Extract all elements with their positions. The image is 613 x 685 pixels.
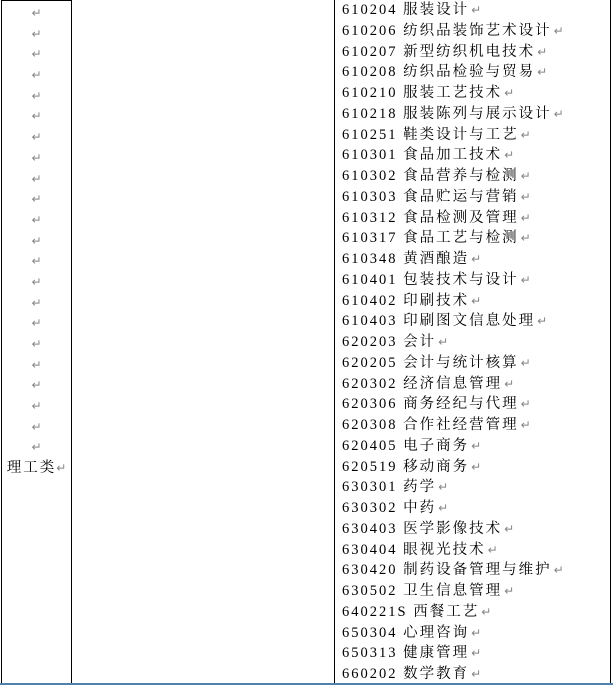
major-row[interactable]: 630502 卫生信息管理↵ [335, 581, 610, 602]
empty-paragraph[interactable]: ↵ [2, 44, 71, 65]
major-text: 610317 食品工艺与检测 [342, 230, 519, 246]
empty-paragraph[interactable]: ↵ [2, 169, 71, 190]
major-row[interactable]: 620205 会计与统计核算↵ [335, 353, 610, 374]
line-break-mark-icon: ↵ [31, 172, 41, 186]
major-text: 650304 心理咨询 [342, 625, 469, 641]
line-break-mark-icon: ↵ [537, 314, 547, 328]
major-text: 630502 卫生信息管理 [342, 583, 502, 599]
empty-paragraph[interactable]: ↵ [2, 334, 71, 355]
major-row[interactable]: 610206 纺织品装饰艺术设计↵ [335, 21, 610, 42]
major-row[interactable]: 630420 制药设备管理与维护↵ [335, 560, 610, 581]
line-break-mark-icon: ↵ [438, 335, 448, 349]
empty-paragraph[interactable]: ↵ [2, 106, 71, 127]
majors-cell[interactable]: 610204 服装设计↵610206 纺织品装饰艺术设计↵610207 新型纺织… [335, 0, 611, 685]
major-row[interactable]: 610303 食品贮运与营销↵ [335, 187, 610, 208]
line-break-mark-icon: ↵ [471, 626, 481, 640]
line-break-mark-icon: ↵ [31, 68, 41, 82]
empty-paragraph[interactable]: ↵ [2, 355, 71, 376]
major-text: 630301 药学 [342, 479, 436, 495]
line-break-mark-icon: ↵ [31, 275, 41, 289]
line-break-mark-icon: ↵ [438, 501, 448, 515]
line-break-mark-icon: ↵ [554, 107, 564, 121]
line-break-mark-icon: ↵ [31, 399, 41, 413]
major-text: 610312 食品检测及管理 [342, 210, 519, 226]
major-text: 620519 移动商务 [342, 459, 469, 475]
empty-paragraph[interactable]: ↵ [2, 189, 71, 210]
empty-paragraph[interactable]: ↵ [2, 375, 71, 396]
major-text: 610348 黄酒酿造 [342, 251, 469, 267]
line-break-mark-icon: ↵ [471, 646, 481, 660]
line-break-mark-icon: ↵ [31, 358, 41, 372]
major-text: 610402 印刷技术 [342, 293, 469, 309]
line-break-mark-icon: ↵ [31, 234, 41, 248]
line-break-mark-icon: ↵ [31, 27, 41, 41]
major-row[interactable]: 640221S 西餐工艺↵ [335, 602, 610, 623]
empty-paragraph[interactable]: ↵ [2, 437, 71, 458]
empty-paragraph[interactable]: ↵ [2, 313, 71, 334]
line-break-mark-icon: ↵ [31, 337, 41, 351]
line-break-mark-icon: ↵ [31, 6, 41, 20]
major-row[interactable]: 610403 印刷图文信息处理↵ [335, 311, 610, 332]
major-row[interactable]: 650304 心理咨询↵ [335, 623, 610, 644]
line-break-mark-icon: ↵ [31, 440, 41, 454]
major-row[interactable]: 620203 会计↵ [335, 332, 610, 353]
line-break-mark-icon: ↵ [554, 563, 564, 577]
major-text: 610302 食品营养与检测 [342, 168, 519, 184]
major-text: 620405 电子商务 [342, 438, 469, 454]
empty-cell[interactable] [72, 0, 335, 685]
empty-paragraph[interactable]: ↵ [2, 293, 71, 314]
major-row[interactable]: 610210 服装工艺技术↵ [335, 83, 610, 104]
line-break-mark-icon: ↵ [31, 213, 41, 227]
empty-paragraph[interactable]: ↵ [2, 210, 71, 231]
major-text: 640221S 西餐工艺 [342, 604, 479, 620]
line-break-mark-icon: ↵ [521, 231, 531, 245]
empty-paragraph[interactable]: ↵ [2, 86, 71, 107]
line-break-mark-icon: ↵ [31, 47, 41, 61]
major-text: 610210 服装工艺技术 [342, 85, 502, 101]
major-text: 630302 中药 [342, 500, 436, 516]
line-break-mark-icon: ↵ [31, 89, 41, 103]
document-page: ↵↵↵↵↵↵↵↵↵↵↵↵↵↵↵↵↵↵↵↵↵↵理工类↵ 610204 服装设计↵6… [0, 0, 613, 685]
line-break-mark-icon: ↵ [521, 190, 531, 204]
line-break-mark-icon: ↵ [31, 254, 41, 268]
line-break-mark-icon: ↵ [438, 480, 448, 494]
major-row[interactable]: 610251 鞋类设计与工艺↵ [335, 125, 610, 146]
line-break-mark-icon: ↵ [521, 211, 531, 225]
line-break-mark-icon: ↵ [31, 378, 41, 392]
category-table: ↵↵↵↵↵↵↵↵↵↵↵↵↵↵↵↵↵↵↵↵↵↵理工类↵ 610204 服装设计↵6… [1, 0, 611, 685]
major-text: 610403 印刷图文信息处理 [342, 313, 535, 329]
empty-paragraph[interactable]: ↵ [2, 65, 71, 86]
major-row[interactable]: 630301 药学↵ [335, 477, 610, 498]
major-text: 610401 包装技术与设计 [342, 272, 519, 288]
line-break-mark-icon: ↵ [504, 148, 514, 162]
line-break-mark-icon: ↵ [31, 420, 41, 434]
major-text: 610208 纺织品检验与贸易 [342, 64, 535, 80]
empty-paragraph[interactable]: ↵ [2, 24, 71, 45]
major-text: 660202 数学教育 [342, 666, 469, 682]
major-row[interactable]: 650313 健康管理↵ [335, 643, 610, 664]
major-row[interactable]: 630302 中药↵ [335, 498, 610, 519]
major-row[interactable]: 610402 印刷技术↵ [335, 291, 610, 312]
major-text: 620302 经济信息管理 [342, 376, 502, 392]
major-row[interactable]: 610401 包装技术与设计↵ [335, 270, 610, 291]
line-break-mark-icon: ↵ [471, 294, 481, 308]
empty-paragraph[interactable]: ↵ [2, 417, 71, 438]
empty-paragraph[interactable]: ↵ [2, 127, 71, 148]
empty-paragraph[interactable]: ↵ [2, 251, 71, 272]
major-row[interactable]: 610348 黄酒酿造↵ [335, 249, 610, 270]
line-break-mark-icon: ↵ [504, 377, 514, 391]
line-break-mark-icon: ↵ [56, 461, 66, 475]
major-row[interactable]: 620519 移动商务↵ [335, 457, 610, 478]
major-row[interactable]: 610207 新型纺织机电技术↵ [335, 42, 610, 63]
line-break-mark-icon: ↵ [537, 65, 547, 79]
major-text: 610251 鞋类设计与工艺 [342, 127, 519, 143]
category-cell[interactable]: ↵↵↵↵↵↵↵↵↵↵↵↵↵↵↵↵↵↵↵↵↵↵理工类↵ [1, 0, 72, 685]
line-break-mark-icon: ↵ [471, 667, 481, 681]
major-text: 620203 会计 [342, 334, 436, 350]
major-row[interactable]: 610312 食品检测及管理↵ [335, 208, 610, 229]
empty-paragraph[interactable]: ↵ [2, 3, 71, 24]
major-text: 620306 商务经纪与代理 [342, 396, 519, 412]
major-row[interactable]: 610302 食品营养与检测↵ [335, 166, 610, 187]
major-row[interactable]: 630403 医学影像技术↵ [335, 519, 610, 540]
empty-paragraph[interactable]: ↵ [2, 231, 71, 252]
major-row[interactable]: 620302 经济信息管理↵ [335, 374, 610, 395]
major-row[interactable]: 610317 食品工艺与检测↵ [335, 228, 610, 249]
empty-paragraph[interactable]: ↵ [2, 148, 71, 169]
major-row[interactable]: 610301 食品加工技术↵ [335, 145, 610, 166]
line-break-mark-icon: ↵ [521, 418, 531, 432]
major-text: 630403 医学影像技术 [342, 521, 502, 537]
major-text: 610218 服装陈列与展示设计 [342, 106, 552, 122]
major-text: 610301 食品加工技术 [342, 147, 502, 163]
major-text: 630404 眼视光技术 [342, 542, 486, 558]
line-break-mark-icon: ↵ [488, 543, 498, 557]
line-break-mark-icon: ↵ [31, 109, 41, 123]
major-text: 610206 纺织品装饰艺术设计 [342, 23, 552, 39]
major-row[interactable]: 610218 服装陈列与展示设计↵ [335, 104, 610, 125]
line-break-mark-icon: ↵ [31, 192, 41, 206]
category-label: 理工类 [7, 460, 57, 476]
line-break-mark-icon: ↵ [504, 86, 514, 100]
line-break-mark-icon: ↵ [521, 397, 531, 411]
empty-paragraph[interactable]: ↵ [2, 396, 71, 417]
major-text: 610303 食品贮运与营销 [342, 189, 519, 205]
line-break-mark-icon: ↵ [521, 169, 531, 183]
empty-paragraph[interactable]: ↵ [2, 272, 71, 293]
line-break-mark-icon: ↵ [521, 273, 531, 287]
line-break-mark-icon: ↵ [521, 128, 531, 142]
line-break-mark-icon: ↵ [481, 605, 491, 619]
line-break-mark-icon: ↵ [471, 3, 481, 17]
major-text: 630420 制药设备管理与维护 [342, 562, 552, 578]
major-text: 620308 合作社经营管理 [342, 417, 519, 433]
major-row[interactable]: 610208 纺织品检验与贸易↵ [335, 62, 610, 83]
line-break-mark-icon: ↵ [31, 130, 41, 144]
category-label-line[interactable]: 理工类↵ [2, 458, 71, 479]
major-text: 620205 会计与统计核算 [342, 355, 519, 371]
line-break-mark-icon: ↵ [31, 316, 41, 330]
line-break-mark-icon: ↵ [504, 584, 514, 598]
major-row[interactable]: 620405 电子商务↵ [335, 436, 610, 457]
line-break-mark-icon: ↵ [554, 24, 564, 38]
major-row[interactable]: 630404 眼视光技术↵ [335, 540, 610, 561]
line-break-mark-icon: ↵ [31, 151, 41, 165]
line-break-mark-icon: ↵ [471, 252, 481, 266]
major-row[interactable]: 620308 合作社经营管理↵ [335, 415, 610, 436]
major-row[interactable]: 620306 商务经纪与代理↵ [335, 394, 610, 415]
major-row[interactable]: 610204 服装设计↵ [335, 0, 610, 21]
line-break-mark-icon: ↵ [31, 296, 41, 310]
line-break-mark-icon: ↵ [504, 522, 514, 536]
major-text: 610207 新型纺织机电技术 [342, 44, 535, 60]
major-text: 610204 服装设计 [342, 2, 469, 18]
major-text: 650313 健康管理 [342, 645, 469, 661]
major-row[interactable]: 660202 数学教育↵ [335, 664, 610, 685]
line-break-mark-icon: ↵ [471, 460, 481, 474]
line-break-mark-icon: ↵ [471, 439, 481, 453]
line-break-mark-icon: ↵ [521, 356, 531, 370]
line-break-mark-icon: ↵ [537, 45, 547, 59]
